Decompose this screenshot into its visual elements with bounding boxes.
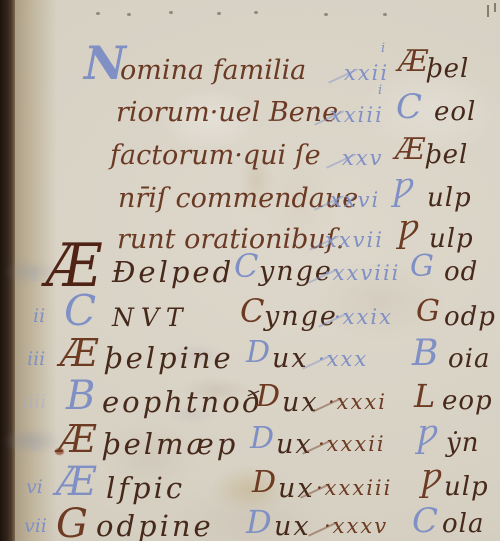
folio-numeral: xxv — [342, 148, 384, 169]
right-name-fragment: oia — [448, 346, 490, 372]
name-fragment: þel — [425, 142, 468, 168]
right-name-fragment: ulp — [444, 474, 489, 500]
heading-line: nr̄iſ commendaue — [118, 185, 358, 212]
ink-speck — [254, 11, 258, 14]
title-initial: C — [240, 295, 264, 327]
title-text: ux — [276, 431, 313, 458]
ink-speck — [96, 12, 100, 15]
right-initial: G — [410, 252, 434, 282]
entry-name: NVT — [112, 305, 190, 330]
right-initial: Ƿ — [420, 468, 441, 498]
right-initial: Ƿ — [416, 424, 437, 454]
margin-numeral: vii — [24, 517, 47, 536]
superscript-numeral: i — [378, 84, 382, 97]
entry-name: þelpine — [104, 344, 234, 373]
title-text: ux — [274, 513, 311, 540]
heading-line: riorum·uel Bene — [116, 99, 338, 126]
entry-initial: C — [396, 90, 422, 124]
entry-initial: Æ — [60, 334, 98, 372]
entry-initial: C — [64, 290, 96, 332]
entry-initial: Æ — [58, 420, 96, 458]
right-initial: C — [412, 504, 438, 538]
entry-numeral: ·xxxii — [318, 434, 386, 455]
manuscript-photo: N omina familia riorum·uel Bene factorum… — [0, 0, 500, 541]
ink-speck — [383, 13, 387, 16]
name-fragment: eol — [434, 99, 476, 125]
right-name-fragment: ola — [442, 511, 484, 537]
entry-numeral: ·xxxiii — [316, 478, 392, 499]
entry-numeral: ·xxxi — [328, 392, 387, 413]
entry-initial: Ƿ — [397, 219, 418, 249]
heading-line: factorum·qui ſe — [110, 142, 321, 169]
right-name-fragment: ẏn — [446, 430, 479, 456]
title-initial: D — [246, 338, 270, 368]
margin-numeral: iii — [27, 350, 45, 369]
title-text: ux — [278, 475, 315, 502]
entry-initial: Æ — [398, 47, 428, 77]
right-name-fragment: od — [444, 259, 478, 285]
name-fragment: ulp — [427, 185, 472, 211]
margin-numeral: i — [32, 266, 38, 285]
folio-numeral: xxii — [344, 63, 389, 84]
entry-name: Ðelped — [112, 258, 234, 287]
right-initial: L — [414, 380, 435, 412]
right-name-fragment: eop — [442, 388, 493, 414]
superscript-numeral: i — [381, 42, 385, 55]
folio-numeral: xxvi — [330, 190, 380, 211]
entry-numeral: ·xxix — [334, 307, 393, 328]
ink-speck — [324, 13, 328, 16]
title-initial: C — [234, 250, 258, 282]
entry-name: eophtnoð — [102, 388, 263, 417]
right-initial: B — [412, 336, 438, 372]
margin-numeral: ii — [33, 307, 45, 326]
entry-initial: Æ — [395, 135, 425, 165]
title-initial: D — [252, 468, 276, 498]
title-text: ynge — [259, 258, 333, 285]
entry-initial: G — [56, 504, 88, 541]
binding-edge — [0, 0, 15, 541]
right-initial: G — [416, 297, 440, 327]
entry-initial: B — [66, 376, 95, 416]
entry-name: odpine — [96, 512, 214, 541]
title-initial: D — [256, 382, 280, 412]
ink-speck — [169, 11, 173, 14]
entry-name: þelmæp — [102, 430, 238, 459]
ink-speck — [487, 5, 489, 17]
right-name-fragment: odp — [444, 304, 496, 330]
folio-numeral: xxvii — [325, 230, 384, 251]
entry-numeral: ·xxx — [318, 349, 368, 370]
entry-initial: Ƿ — [392, 177, 413, 207]
margin-numeral: v — [30, 436, 41, 455]
ink-speck — [217, 12, 221, 15]
entry-numeral: ·xxviii — [324, 263, 400, 284]
margin-numeral: iiii — [22, 393, 46, 412]
entry-initial: Æ — [56, 462, 96, 502]
entry-name: lfpic — [106, 474, 185, 503]
entry-numeral: ·xxxv — [324, 516, 388, 537]
title-text: ynge — [264, 303, 338, 330]
heading-line: omina familia — [120, 57, 306, 84]
ink-speck — [127, 13, 131, 16]
title-initial: D — [250, 424, 274, 454]
name-fragment: þel — [426, 56, 469, 82]
ink-speck — [494, 3, 496, 12]
margin-numeral: vi — [26, 478, 43, 497]
name-fragment: ulp — [429, 226, 474, 252]
folio-numeral: xxiii — [330, 105, 384, 126]
title-initial: D — [246, 506, 272, 538]
